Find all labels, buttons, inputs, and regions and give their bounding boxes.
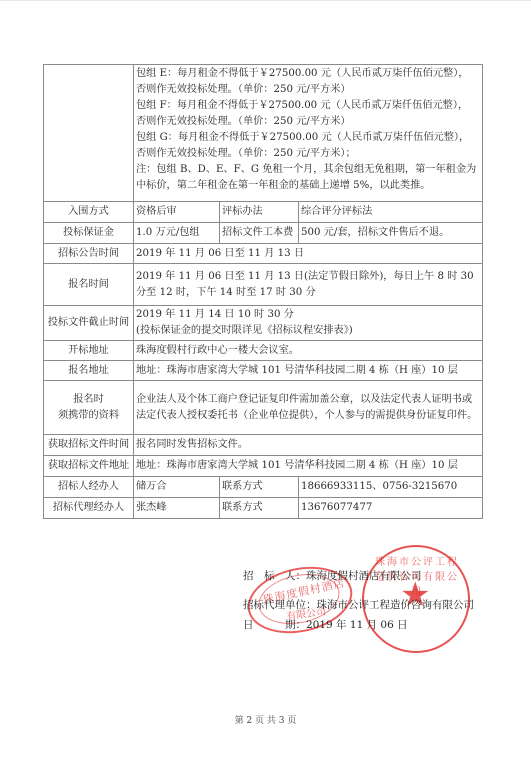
table-row-doc-time: 获取招标文件时间 报名同时发售招标文件。 [44,435,483,456]
table-row-package-prices: 包组 E：每月租金不得低于￥27500.00 元（人民币贰万柒仟伍佰元整）， 否… [44,65,483,202]
label-doc-address: 获取招标文件地址 [44,456,134,477]
label-tenderer-contact: 招标人经办人 [44,477,134,498]
page-number: 第 2 页 共 3 页 [0,713,531,726]
table-row-announcement: 招标公告时间 2019 年 11 月 06 日至 11 月 13 日 [44,244,483,264]
label-doc-time: 获取招标文件时间 [44,435,134,456]
table-row-tenderer-contact: 招标人经办人 储万合 联系方式 18666933115、0756-3215670 [44,477,483,498]
table-row-registration-time: 报名时间 2019 年 11 月 06 日至 11 月 13 日(法定节假日除外… [44,264,483,306]
label-deposit: 投标保证金 [44,223,134,244]
value-doc-address: 地址：珠海市唐家湾大学城 101 号清华科技园二期 4 栋（H 座）10 层 [134,456,483,477]
value-registration-time: 2019 年 11 月 06 日至 11 月 13 日(法定节假日除外)，每日上… [134,264,483,306]
signature-date: 日 期：2019 年 11 月 06 日 [243,617,408,632]
label-required-materials: 报名时 须携带的资料 [44,381,134,435]
note-line: 中标价，第二年租金在第一年租金的基础上递增 5%，以此类推。 [136,178,480,194]
value-deadline: 2019 年 11 月 14 日 10 时 30 分 (投标保证金的提交时限详见… [134,306,483,341]
table-row-doc-address: 获取招标文件地址 地址：珠海市唐家湾大学城 101 号清华科技园二期 4 栋（H… [44,456,483,477]
label-contact-method: 联系方式 [220,498,299,519]
value-doc-time: 报名同时发售招标文件。 [134,435,483,456]
value-qualification: 资格后审 [134,202,220,223]
price-line: 包组 E：每月租金不得低于￥27500.00 元（人民币贰万柒仟伍佰元整）， [136,66,480,82]
label-line: 须携带的资料 [46,408,131,424]
value-doc-fee: 500 元/套，招标文件售后不退。 [299,223,483,244]
price-line: 否则作无效投标处理。（单价：250 元/平方米）； [136,146,480,162]
label-registration-address: 报名地址 [44,361,134,381]
value-tenderer-phone: 18666933115、0756-3215670 [299,477,483,498]
price-line: 否则作无效投标处理。（单价：250 元/平方米） [136,82,480,98]
value-agent-phone: 13676077477 [299,498,483,519]
table-row-qualification: 入围方式 资格后审 评标办法 综合评分评标法 [44,202,483,223]
value-deposit: 1.0 万元/包组 [134,223,220,244]
label-opening-address: 开标地址 [44,341,134,361]
table-row-deposit: 投标保证金 1.0 万元/包组 招标文件工本费 500 元/套，招标文件售后不退… [44,223,483,244]
label-doc-fee: 招标文件工本费 [220,223,299,244]
label-announcement-time: 招标公告时间 [44,244,134,264]
price-line: 包组 F：每月租金不得低于￥27500.00 元（人民币贰万柒仟伍佰元整）， [136,98,480,114]
empty-label-cell [44,65,134,202]
label-line: 报名时 [46,392,131,408]
table-row-opening-address: 开标地址 珠海度假村行政中心一楼大会议室。 [44,341,483,361]
page-top-edge [0,0,531,1]
price-line: 包组 G：每月租金不得低于￥27500.00 元（人民币贰万柒仟伍佰元整）， [136,130,480,146]
value-required-materials: 企业法人及个体工商户登记证复印件需加盖公章，以及法定代表人证明书或法定代表人授权… [134,381,483,435]
value-announcement-time: 2019 年 11 月 06 日至 11 月 13 日 [134,244,483,264]
note-line: 注：包组 B、D、E、F、G 免租一个月，其余包组无免租期，第一年租金为 [136,162,480,178]
price-line: 否则作无效投标处理。（单价：250 元/平方米） [136,114,480,130]
table-row-required-materials: 报名时 须携带的资料 企业法人及个体工商户登记证复印件需加盖公章，以及法定代表人… [44,381,483,435]
table-row-agent-contact: 招标代理经办人 张杰峰 联系方式 13676077477 [44,498,483,519]
label-qualification: 入围方式 [44,202,134,223]
deadline-time: 2019 年 11 月 14 日 10 时 30 分 [136,307,480,323]
label-evaluation-method: 评标办法 [220,202,299,223]
value-agent-name: 张杰峰 [134,498,220,519]
package-price-cell: 包组 E：每月租金不得低于￥27500.00 元（人民币贰万柒仟伍佰元整）， 否… [134,65,483,202]
value-evaluation-method: 综合评分评标法 [299,202,483,223]
table-row-deadline: 投标文件截止时间 2019 年 11 月 14 日 10 时 30 分 (投标保… [44,306,483,341]
value-registration-address: 地址：珠海市唐家湾大学城 101 号清华科技园二期 4 栋（H 座）10 层 [134,361,483,381]
deadline-note: (投标保证金的提交时限详见《招标议程安排表》) [136,323,480,339]
label-contact-method: 联系方式 [220,477,299,498]
value-tenderer-name: 储万合 [134,477,220,498]
signature-agent: 招标代理单位：珠海市公评工程造价咨询有限公司 [243,597,474,612]
label-agent-contact: 招标代理经办人 [44,498,134,519]
label-registration-time: 报名时间 [44,264,134,306]
value-opening-address: 珠海度假村行政中心一楼大会议室。 [134,341,483,361]
label-deadline: 投标文件截止时间 [44,306,134,341]
tender-info-table: 包组 E：每月租金不得低于￥27500.00 元（人民币贰万柒仟伍佰元整）， 否… [43,64,483,519]
signature-tenderer: 招 标 人：珠海度假村酒店有限公司 [243,568,422,583]
table-row-registration-address: 报名地址 地址：珠海市唐家湾大学城 101 号清华科技园二期 4 栋（H 座）1… [44,361,483,381]
